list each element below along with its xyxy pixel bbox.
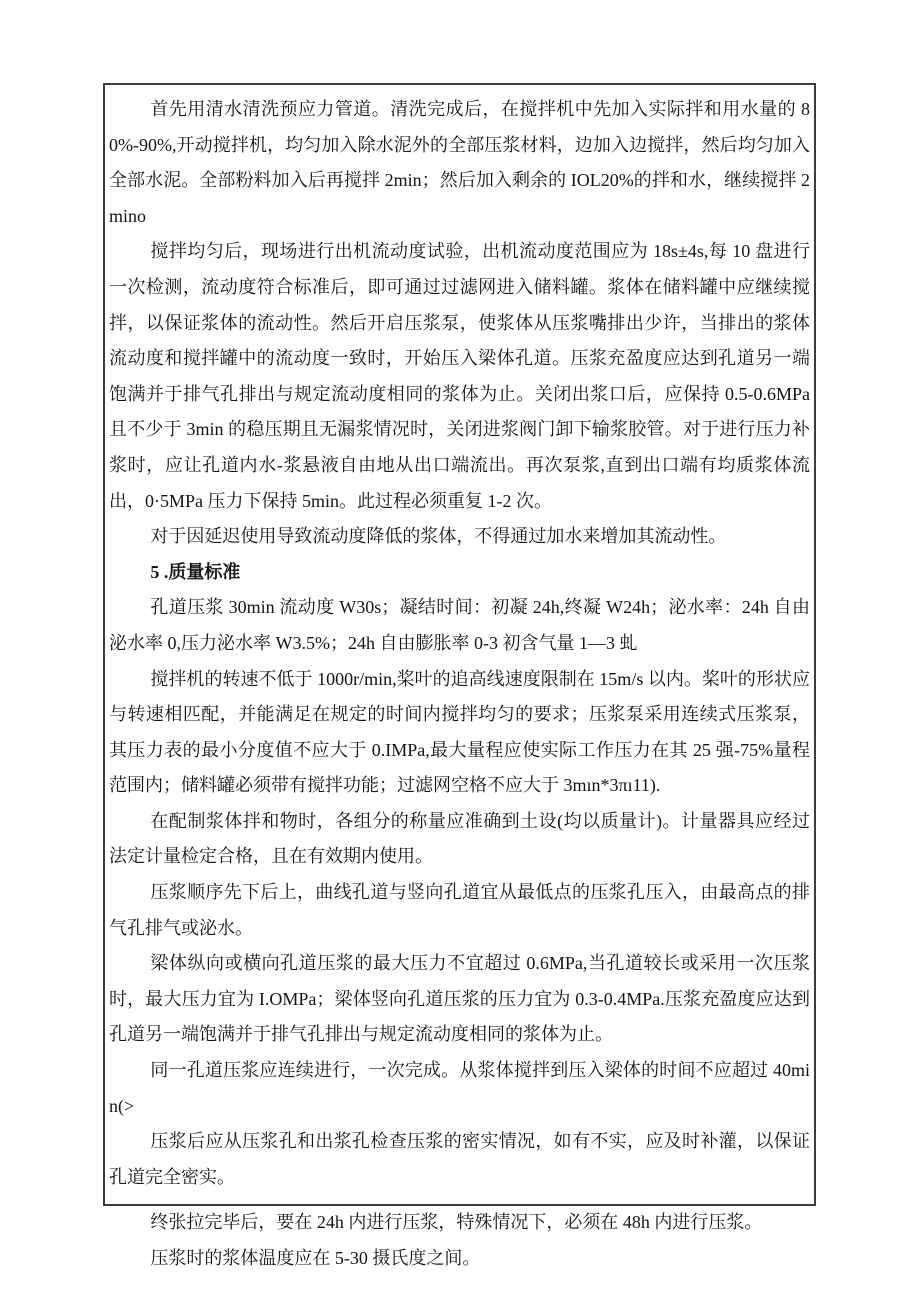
paragraph-grout-temperature: 压浆时的浆体温度应在 5-30 摄氏度之间。 [109,1241,810,1277]
document-content-cell: 首先用清水清洗预应力管道。清洗完成后，在搅拌机中先加入实际拌和用水量的 80%-… [103,83,816,1206]
paragraph-max-pressure: 梁体纵向或横向孔道压浆的最大压力不宜超过 0.6MPa,当孔道较长或采用一次压浆… [109,946,810,1053]
paragraph-no-water-adding: 对于因延迟使用导致流动度降低的浆体，不得通过加水来增加其流动性。 [109,519,810,555]
paragraph-density-check: 压浆后应从压浆孔和出浆孔检查压浆的密实情况，如有不实，应及时补灌，以保证孔道完全… [109,1124,810,1195]
paragraph-continuous-grouting: 同一孔道压浆应连续进行，一次完成。从浆体搅拌到压入梁体的时间不应超过 40min… [109,1053,810,1124]
paragraph-weighing-accuracy: 在配制浆体拌和物时，各组分的称量应准确到土设(均以质量计)。计量器具应经过法定计… [109,804,810,875]
paragraph-mixer-speed: 搅拌机的转速不低于 1000r/min,桨叶的追高线速度限制在 15m/s 以内… [109,662,810,804]
paragraph-grouting-time-limit: 终张拉完毕后，要在 24h 内进行压浆，特殊情况下，必须在 48h 内进行压浆。 [109,1205,810,1241]
paragraph-quality-criteria: 孔道压浆 30min 流动度 W30s；凝结时间：初凝 24h,终凝 W24h；… [109,590,810,661]
paragraph-fluidity-test: 搅拌均匀后，现场进行出机流动度试验，出机流动度范围应为 18s±4s,每 10 … [109,234,810,519]
paragraph-grout-mixing: 首先用清水清洗预应力管道。清洗完成后，在搅拌机中先加入实际拌和用水量的 80%-… [109,92,810,234]
paragraph-grouting-order: 压浆顺序先下后上，曲线孔道与竖向孔道宜从最低点的压浆孔压入，由最高点的排气孔排气… [109,875,810,946]
section-heading-quality-standard: 5 .质量标准 [109,555,810,591]
document-page: 首先用清水清洗预应力管道。清洗完成后，在搅拌机中先加入实际拌和用水量的 80%-… [0,0,920,1301]
